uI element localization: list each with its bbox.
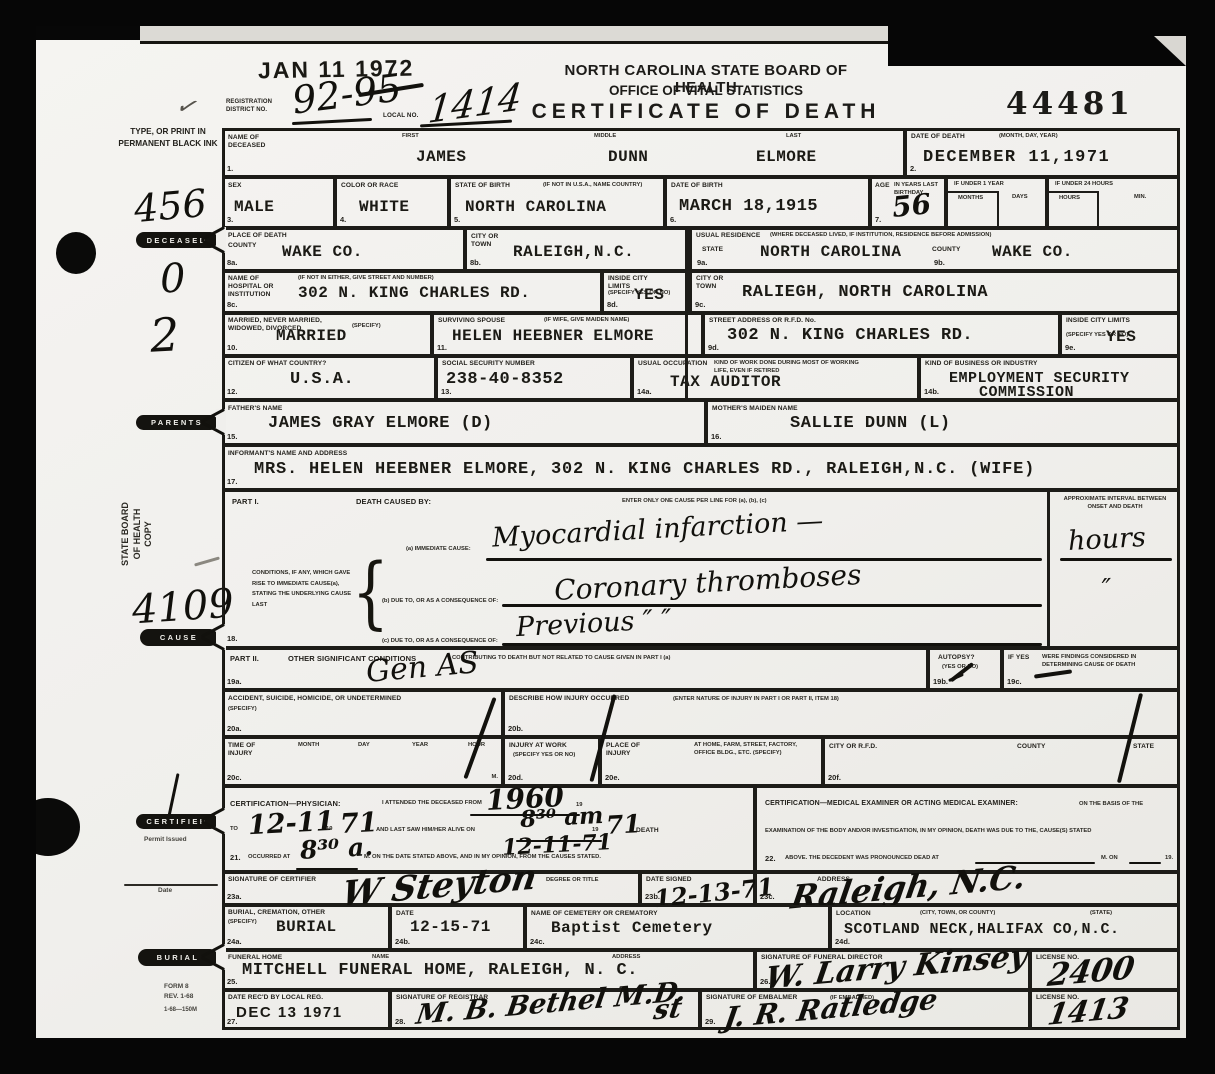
field-number: 9c. — [695, 300, 705, 309]
interval-a-rule — [1060, 558, 1172, 561]
field-label: STATE — [702, 246, 723, 254]
received-date-stamp: DEC 13 1971 — [236, 1004, 343, 1021]
field-funeral-director-signature: SIGNATURE OF FUNERAL DIRECTOR 26. W. Lar… — [755, 950, 1030, 990]
handwritten-interval-a: hours — [1067, 522, 1146, 557]
date-rule-label: Date — [158, 887, 172, 895]
field-usual-residence: USUAL RESIDENCE (WHERE DECEASED LIVED, I… — [690, 228, 1180, 271]
field-pod-inside-city-limits: INSIDE CITY LIMITS (SPECIFY YES OR NO) 8… — [602, 271, 690, 313]
typed-value: YES — [1106, 328, 1136, 346]
column-header: DAYS — [1012, 194, 1028, 202]
field-director-license: LICENSE NO. 2400 — [1030, 950, 1180, 990]
typed-value: DECEMBER 11,1971 — [923, 148, 1110, 167]
handwritten-dash-mark — [1034, 669, 1072, 678]
copy-label: STATE BOARD OF HEALTH COPY — [120, 486, 200, 582]
typed-value: 302 N. KING CHARLES RD. — [298, 284, 530, 302]
field-number: 3. — [227, 215, 233, 224]
column-header: FIRST — [402, 133, 419, 141]
field-informant: INFORMANT'S NAME AND ADDRESS 17. MRS. HE… — [222, 445, 1180, 490]
right-black-border — [1187, 0, 1215, 1074]
field-number: 20a. — [227, 724, 242, 733]
interval-column-header: APPROXIMATE INTERVAL BETWEEN ONSET AND D… — [1056, 496, 1174, 511]
form-number-line: REV. 1-68 — [164, 992, 193, 1002]
brace-glyph: { — [352, 546, 389, 638]
certification-title: CERTIFICATION—MEDICAL EXAMINER OR ACTING… — [765, 800, 1075, 809]
typed-value: SCOTLAND NECK,HALIFAX CO,N.C. — [844, 921, 1120, 938]
field-number: 11. — [437, 343, 447, 352]
field-citizen: CITIZEN OF WHAT COUNTRY? 12. U.S.A. — [222, 356, 436, 400]
typed-value: RALEIGH,N.C. — [513, 243, 634, 261]
field-label: COUNTY — [1017, 743, 1045, 751]
stray-pen-mark: st — [652, 993, 685, 1027]
field-number: 15. — [227, 432, 237, 441]
field-number: 22. — [765, 854, 776, 863]
handwritten-value: 56 — [890, 187, 932, 224]
field-number: 14b. — [924, 387, 939, 396]
field-number: 20f. — [828, 773, 841, 782]
field-label: DEATH CAUSED BY: — [356, 497, 431, 506]
typed-value: MITCHELL FUNERAL HOME, RALEIGH, N. C. — [242, 961, 638, 980]
cause-a-rule — [486, 558, 1042, 561]
field-other-significant-conditions: PART II. OTHER SIGNIFICANT CONDITIONS CO… — [222, 648, 928, 690]
field-label: AGE — [875, 182, 890, 190]
field-date-signed: DATE SIGNED 23b. 12-13-71 — [640, 872, 755, 905]
field-label: USUAL OCCUPATION — [638, 360, 707, 368]
field-age: AGE IN YEARS LAST BIRTHDAY 7. 56 — [870, 177, 946, 228]
field-label: TIME OF INJURY — [228, 742, 264, 758]
embalmer-signature: J. R. Ratledge — [722, 982, 940, 1034]
field-number: 9a. — [697, 258, 707, 267]
printed-19: 19 — [326, 826, 332, 834]
handwritten-cause-a: Myocardial infarction — — [491, 505, 824, 553]
field-label: NAME OF CEMETERY OR CREMATORY — [531, 910, 658, 918]
field-kind-of-business: KIND OF BUSINESS OR INDUSTRY 14b. EMPLOY… — [919, 356, 1180, 400]
typed-value: JAMES — [416, 148, 467, 166]
registration-district-label: REGISTRATION DISTRICT NO. — [226, 99, 288, 114]
field-number: 19c. — [1007, 677, 1022, 686]
field-label: FATHER'S NAME — [228, 405, 282, 413]
field-number: 20c. — [227, 773, 242, 782]
field-label: STATE — [1133, 743, 1154, 751]
handwritten-cause-c: Previous ″ ″ — [515, 604, 672, 643]
field-label: BURIAL, CREMATION, OTHER — [228, 909, 358, 917]
permit-issued-label: Permit Issued — [144, 836, 187, 844]
field-label: LOCATION — [836, 910, 871, 918]
field-sublabel: (CITY, TOWN, OR COUNTY) — [920, 910, 995, 918]
certification-text: M. ON THE DATE STATED ABOVE, AND IN MY O… — [364, 854, 744, 862]
field-sublabel: (IF NOT IN U.S.A., NAME COUNTRY) — [543, 182, 658, 190]
typed-value: U.S.A. — [290, 370, 354, 389]
field-number: 19a. — [227, 677, 242, 686]
copy-line: OF HEALTH — [132, 486, 144, 582]
field-signature-of-certifier: SIGNATURE OF CERTIFIER DEGREE OR TITLE 2… — [222, 872, 640, 905]
field-label: CITIZEN OF WHAT COUNTRY? — [228, 360, 326, 368]
field-number: 9e. — [1065, 343, 1075, 352]
cause-a-label: (a) IMMEDIATE CAUSE: — [406, 546, 471, 554]
typed-value: COMMISSION — [979, 384, 1074, 401]
field-if-under-24-hours: IF UNDER 24 HOURS HOURS MIN. — [1047, 177, 1180, 228]
field-number: 12. — [227, 387, 237, 396]
field-label: DATE — [396, 910, 414, 918]
interval-column-divider — [1047, 492, 1050, 646]
field-hospital-or-institution: NAME OF HOSPITAL OR INSTITUTION (IF NOT … — [222, 271, 602, 313]
field-label: MOTHER'S MAIDEN NAME — [712, 405, 798, 413]
certification-text: ABOVE. THE DECEDENT WAS PRONOUNCED DEAD … — [785, 855, 939, 863]
typed-value: JAMES GRAY ELMORE (D) — [268, 414, 493, 433]
field-number: 29. — [705, 1017, 715, 1026]
field-number: 8a. — [227, 258, 237, 267]
field-embalmer-signature: SIGNATURE OF EMBALMER (IF EMBALMED) 29. … — [700, 990, 1030, 1030]
field-label: SURVIVING SPOUSE — [438, 317, 505, 325]
field-number: 24a. — [227, 937, 242, 946]
field-if-under-1-year: IF UNDER 1 YEAR MONTHS DAYS — [946, 177, 1047, 228]
field-label: IF UNDER 24 HOURS — [1055, 181, 1113, 189]
field-label: NAME OF HOSPITAL OR INSTITUTION — [228, 275, 290, 300]
field-sublabel: (MONTH, DAY, YEAR) — [999, 133, 1058, 141]
part-2-label: PART II. — [230, 654, 259, 663]
field-number: 2. — [910, 164, 916, 173]
typed-value: WHITE — [359, 198, 410, 216]
field-date-of-death: DATE OF DEATH (MONTH, DAY, YEAR) 2. DECE… — [905, 128, 1180, 177]
typed-value: SALLIE DUNN (L) — [790, 414, 951, 433]
hours-subcell: HOURS — [1049, 191, 1099, 228]
field-label: DATE OF BIRTH — [671, 182, 723, 190]
field-label: INJURY AT WORK — [509, 742, 589, 750]
certificate-number: 44481 — [1006, 86, 1134, 122]
certification-text: AND LAST SAW HIM/HER ALIVE ON — [376, 827, 506, 835]
field-label: COUNTY — [228, 242, 256, 250]
cause-c-label: (c) DUE TO, OR AS A CONSEQUENCE OF: — [382, 638, 498, 646]
typed-value: 12-15-71 — [410, 918, 491, 936]
cause-b-rule — [502, 604, 1042, 607]
copy-line: STATE BOARD — [120, 486, 132, 582]
typed-value: BURIAL — [276, 918, 337, 936]
field-number: 8c. — [227, 300, 237, 309]
months-subcell: MONTHS — [948, 191, 999, 228]
field-number: 6. — [670, 215, 676, 224]
page-title: CERTIFICATE OF DEATH — [516, 100, 896, 124]
typed-value: MALE — [234, 198, 274, 216]
field-residence-street: STREET ADDRESS OR R.F.D. No. 9d. 302 N. … — [703, 313, 1060, 356]
blank-rule — [1129, 862, 1161, 864]
torn-edge-strip — [140, 26, 888, 44]
handwritten-2: 2 — [149, 307, 181, 362]
field-sublabel: (SPECIFY) — [228, 919, 257, 927]
field-place-of-death-county: PLACE OF DEATH COUNTY 8a. WAKE CO. — [222, 228, 465, 271]
field-number: 19b. — [933, 677, 948, 686]
field-label: CITY OR R.F.D. — [829, 743, 877, 751]
death-certificate-scan: TYPE, OR PRINT IN PERMANENT BLACK INK ✓ … — [0, 0, 1215, 1074]
field-sublabel: (IF WIFE, GIVE MAIDEN NAME) — [544, 317, 629, 325]
field-label: KIND OF BUSINESS OR INDUSTRY — [925, 360, 1037, 368]
field-label: ACCIDENT, SUICIDE, HOMICIDE, OR UNDETERM… — [228, 695, 448, 703]
field-sublabel: AT HOME, FARM, STREET, FACTORY, OFFICE B… — [694, 742, 818, 757]
field-label: COLOR OR RACE — [341, 182, 398, 190]
field-number: 10. — [227, 343, 237, 352]
typed-value: HELEN HEEBNER ELMORE — [452, 327, 654, 345]
typed-value: MARCH 18,1915 — [679, 197, 818, 216]
typed-value: NORTH CAROLINA — [465, 198, 606, 216]
field-number: 8d. — [607, 300, 618, 309]
cause-c-rule — [502, 643, 1042, 646]
field-burial-date: DATE 24b. 12-15-71 — [390, 905, 525, 950]
punch-hole — [56, 232, 96, 274]
copy-line: COPY — [143, 486, 155, 582]
field-label: CITY OR TOWN — [471, 233, 505, 249]
field-embalmer-license: LICENSE NO. 1413 — [1030, 990, 1180, 1030]
field-sublabel: (SPECIFY) — [228, 706, 257, 714]
handwritten-0: 0 — [159, 255, 187, 302]
typed-value: DUNN — [608, 148, 648, 166]
field-number: 8b. — [470, 258, 481, 267]
field-label: SOCIAL SECURITY NUMBER — [442, 360, 535, 368]
section-label: USUAL RESIDENCE — [696, 232, 760, 240]
column-header: MONTHS — [958, 195, 983, 203]
typed-value: RALIEGH, NORTH CAROLINA — [742, 283, 988, 302]
field-cemetery: NAME OF CEMETERY OR CREMATORY 24c. Bapti… — [525, 905, 830, 950]
handwritten-456: 456 — [132, 181, 208, 231]
field-mother-maiden-name: MOTHER'S MAIDEN NAME 16. SALLIE DUNN (L) — [706, 400, 1180, 445]
field-sublabel: (SPECIFY) — [352, 323, 381, 331]
field-label: IF YES — [1008, 654, 1029, 662]
field-label: NAME OF DECEASED — [228, 134, 278, 150]
typed-value: WAKE CO. — [282, 243, 363, 261]
cause-b-label: (b) DUE TO, OR AS A CONSEQUENCE OF: — [382, 598, 498, 606]
field-burial-cremation: BURIAL, CREMATION, OTHER (SPECIFY) 24a. … — [222, 905, 390, 950]
field-sublabel: WERE FINDINGS CONSIDERED IN DETERMINING … — [1042, 654, 1174, 669]
field-sublabel: (IF NOT IN EITHER, GIVE STREET AND NUMBE… — [298, 275, 488, 283]
field-sublabel: (STATE) — [1090, 910, 1112, 918]
field-number: 20d. — [508, 773, 523, 782]
part-1-label: PART I. — [232, 497, 259, 506]
column-header: LAST — [786, 133, 801, 141]
field-label: DEGREE OR TITLE — [546, 877, 599, 885]
form-number-line: FORM 8 — [164, 982, 193, 992]
certification-text: M. ON — [1101, 855, 1118, 863]
field-number: 9b. — [934, 258, 945, 267]
field-number: 1. — [227, 164, 233, 173]
field-number: 5. — [454, 215, 460, 224]
field-name-of-deceased: NAME OF DECEASED FIRST MIDDLE LAST 1. JA… — [222, 128, 905, 177]
m-label: M. — [492, 774, 498, 782]
field-usual-occupation: USUAL OCCUPATION KIND OF WORK DONE DURIN… — [632, 356, 919, 400]
field-place-of-death-city: CITY OR TOWN 8b. RALEIGH,N.C. — [465, 228, 690, 271]
certification-text: DEATH — [636, 827, 659, 835]
certification-text: ON THE BASIS OF THE — [1079, 801, 1174, 809]
field-cause-of-death: PART I. DEATH CAUSED BY: ENTER ONLY ONE … — [222, 490, 1180, 648]
conditions-note: CONDITIONS, IF ANY, WHICH GAVE RISE TO I… — [252, 568, 362, 611]
section-note: (WHERE DECEASED LIVED, IF INSTITUTION, R… — [770, 232, 1070, 240]
typed-value: Baptist Cemetery — [551, 919, 713, 937]
field-label: CITY OR TOWN — [696, 275, 730, 291]
blank-rule — [296, 868, 358, 870]
org-office: OFFICE OF VITAL STATISTICS — [536, 83, 876, 98]
field-number: 16. — [711, 432, 721, 441]
handwritten-value: Gen AS — [365, 645, 480, 690]
field-injury-at-work: INJURY AT WORK (SPECIFY YES OR NO) 20d. — [503, 737, 600, 786]
typed-value: ELMORE — [756, 148, 817, 166]
field-label: AUTOPSY? — [938, 654, 975, 662]
field-number: 24d. — [835, 937, 850, 946]
field-certifier-address: ADDRESS 23c. Raleigh, N.C. — [755, 872, 1180, 905]
field-note: CONTRIBUTING TO DEATH BUT NOT RELATED TO… — [452, 655, 782, 663]
typed-value: MARRIED — [276, 327, 347, 345]
certification-text: OCCURRED AT — [248, 854, 290, 862]
typed-value: 302 N. KING CHARLES RD. — [727, 326, 973, 345]
certification-text: EXAMINATION OF THE BODY AND/OR INVESTIGA… — [765, 828, 1179, 836]
column-header: DAY — [358, 742, 370, 750]
column-header: YEAR — [412, 742, 428, 750]
column-header: MIDDLE — [594, 133, 616, 141]
field-label: STREET ADDRESS OR R.F.D. No. — [709, 317, 816, 325]
field-date-received: DATE REC'D BY LOCAL REG. 27. DEC 13 1971 — [222, 990, 390, 1030]
top-black-border — [0, 0, 1215, 26]
field-father-name: FATHER'S NAME 15. JAMES GRAY ELMORE (D) — [222, 400, 706, 445]
printed-19: 19 — [592, 827, 598, 835]
field-number: 18. — [227, 634, 237, 643]
handwritten-year: 71 — [605, 809, 641, 840]
typed-value: 238-40-8352 — [446, 370, 564, 389]
field-number: 14a. — [637, 387, 652, 396]
field-number: 4. — [340, 215, 346, 224]
field-ssn: SOCIAL SECURITY NUMBER 13. 238-40-8352 — [436, 356, 632, 400]
left-black-border — [0, 0, 36, 1074]
field-res-inside-city-limits: INSIDE CITY LIMITS (SPECIFY YES OR NO) 9… — [1060, 313, 1180, 356]
form-number: FORM 8 REV. 1-68 — [164, 982, 193, 1002]
section-divider — [685, 228, 688, 400]
field-number: 24c. — [530, 937, 545, 946]
field-number: 7. — [875, 215, 881, 224]
field-number: 21. — [230, 853, 241, 862]
handwritten-time: 8³⁰ a. — [299, 832, 373, 865]
field-number: 23c. — [760, 892, 775, 901]
field-date-of-birth: DATE OF BIRTH 6. MARCH 18,1915 — [665, 177, 870, 228]
field-sublabel: (ENTER NATURE OF INJURY IN PART I OR PAR… — [673, 696, 839, 704]
handwritten-cause-b: Coronary thromboses — [553, 558, 862, 607]
field-label: SEX — [228, 182, 242, 190]
section-label: PLACE OF DEATH — [228, 232, 287, 240]
field-autopsy: AUTOPSY? (YES OR NO) 19b. — [928, 648, 1002, 690]
blank-rule — [516, 840, 602, 842]
field-sublabel: (SPECIFY YES OR NO) — [513, 752, 575, 760]
field-number: 20b. — [508, 724, 523, 733]
field-place-of-injury: PLACE OF INJURY AT HOME, FARM, STREET, F… — [600, 737, 823, 786]
field-label: IF UNDER 1 YEAR — [954, 181, 1004, 189]
field-label: INSIDE CITY LIMITS — [1066, 317, 1136, 325]
field-number: 17. — [227, 477, 237, 486]
field-certification-physician: CERTIFICATION—PHYSICIAN: I ATTENDED THE … — [222, 786, 755, 872]
field-number: 23a. — [227, 892, 242, 901]
field-surviving-spouse: SURVIVING SPOUSE (IF WIFE, GIVE MAIDEN N… — [432, 313, 703, 356]
certification-text: I ATTENDED THE DECEASED FROM — [382, 800, 482, 808]
typed-value: MRS. HELEN HEEBNER ELMORE, 302 N. KING C… — [254, 460, 1035, 479]
field-number: 24b. — [395, 937, 410, 946]
field-sex: SEX 3. MALE — [222, 177, 335, 228]
field-label: COUNTY — [932, 246, 960, 254]
column-header: MIN. — [1134, 194, 1146, 202]
field-note: ENTER ONLY ONE CAUSE PER LINE FOR (a), (… — [622, 498, 767, 506]
margin-instruction: TYPE, OR PRINT IN PERMANENT BLACK INK — [116, 126, 220, 150]
field-registrar-signature: SIGNATURE OF REGISTRAR 28. M. B. Bethel … — [390, 990, 700, 1030]
field-number: 20e. — [605, 773, 620, 782]
field-findings-considered: IF YES WERE FINDINGS CONSIDERED IN DETER… — [1002, 648, 1180, 690]
certification-text: TO — [230, 826, 238, 834]
field-label: STATE OF BIRTH — [455, 182, 510, 190]
printed-19: 19. — [1165, 855, 1173, 863]
field-residence-city: CITY OR TOWN 9c. RALIEGH, NORTH CAROLINA — [690, 271, 1180, 313]
column-header: HOURS — [1059, 195, 1080, 203]
typed-value: WAKE CO. — [992, 243, 1073, 261]
field-label: SIGNATURE OF CERTIFIER — [228, 876, 316, 884]
local-no-label: LOCAL NO. — [383, 112, 418, 120]
field-label: PLACE OF INJURY — [606, 742, 666, 758]
bottom-black-border — [0, 1038, 1215, 1074]
print-code: 1-68—150M — [164, 1007, 197, 1015]
date-rule — [124, 884, 218, 886]
field-label: DATE REC'D BY LOCAL REG. — [228, 994, 323, 1002]
field-state-of-birth: STATE OF BIRTH (IF NOT IN U.S.A., NAME C… — [449, 177, 665, 228]
typed-value: NORTH CAROLINA — [760, 243, 901, 261]
field-number: 28. — [395, 1017, 405, 1026]
field-time-of-injury: TIME OF INJURY MONTH DAY YEAR HOUR 20c. … — [222, 737, 503, 786]
field-number: 9d. — [708, 343, 719, 352]
field-certification-medical-examiner: CERTIFICATION—MEDICAL EXAMINER OR ACTING… — [755, 786, 1180, 872]
field-marital-status: MARRIED, NEVER MARRIED, WIDOWED, DIVORCE… — [222, 313, 432, 356]
typed-value: YES — [634, 286, 664, 304]
field-label: DATE OF DEATH — [911, 133, 965, 141]
field-accident-suicide-homicide: ACCIDENT, SUICIDE, HOMICIDE, OR UNDETERM… — [222, 690, 503, 737]
column-header: MONTH — [298, 742, 319, 750]
handwritten-license: 1413 — [1045, 990, 1131, 1032]
field-label: INFORMANT'S NAME AND ADDRESS — [228, 450, 347, 458]
handwritten-license: 2400 — [1045, 950, 1137, 994]
field-number: 25. — [227, 977, 237, 986]
field-color-or-race: COLOR OR RACE 4. WHITE — [335, 177, 449, 228]
handwritten-interval-b: ″ — [1101, 574, 1112, 604]
